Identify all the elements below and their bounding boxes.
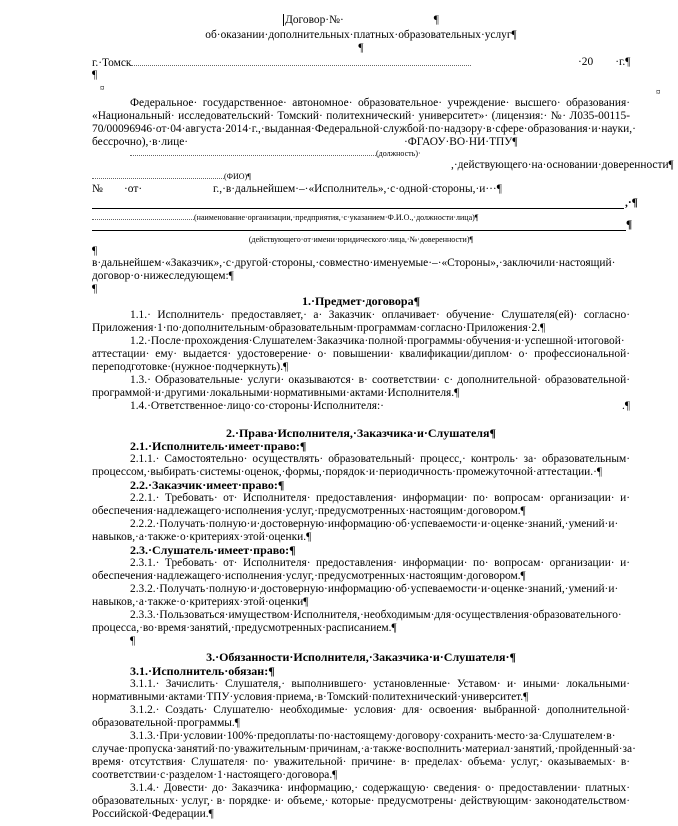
clause-1-1: 1.1.· Исполнитель· предоставляет,· а· За… [130, 309, 630, 322]
title-text: Договор·№· [285, 14, 344, 26]
clause-1-2: 1.2.·После·прохождения·Слушателем·Заказч… [130, 335, 630, 348]
acting-caption: (действующего·от·имени·юридического·лица… [92, 233, 630, 246]
org-name-underline[interactable] [92, 208, 624, 209]
clause-3-1-3-cont: соответствии·с·разделом·1·настоящего·дог… [92, 769, 337, 782]
tab-leader-dots [92, 213, 194, 220]
subheading-2-3: 2.3.·Слушатель·имеет·право:¶ [130, 544, 296, 557]
org-caption-text: (наименование·организации,·предприятия,·… [194, 213, 478, 222]
clause-3-1-4-cont: Российской·Федерации.¶ [92, 808, 214, 821]
clause-3-1-3: 3.1.3.·При·условии·100%·предоплаты·по·на… [130, 730, 630, 743]
acting-line-end: ¶ [626, 219, 632, 232]
power-of-attorney-no: № [92, 183, 103, 196]
clause-2-3-1: 2.3.1.· Требовать· от· Исполнителя· пред… [130, 557, 630, 570]
clause-3-1-4: 3.1.4.· Довести· до· Заказчика· информац… [130, 782, 630, 795]
subheading-2-1: 2.1.·Исполнитель·имеет·право:¶ [130, 440, 306, 453]
clause-3-1-1: 3.1.1.· Зачислить· Слушателя,· выполнивш… [130, 678, 630, 691]
preamble-line-text: «Национальный· исследовательский· Томски… [92, 110, 630, 122]
clause-3-1-2: 3.1.2.· Создать· Слушателю· необходимые·… [130, 704, 630, 717]
clause-2-3-3-cont: процесса,·во·время·занятий,·предусмотрен… [92, 622, 397, 635]
clause-1-4: 1.4.·Ответственное·лицо·со·стороны·Испол… [130, 400, 384, 413]
preamble-line: 70/00096946·от·04·августа·2014·г.,·выдан… [92, 123, 630, 136]
clause-1-2-cont: переподготовке·(нужное·подчеркнуть).¶ [92, 361, 288, 374]
table-cell-marker-icon: ¤ [100, 82, 105, 95]
organization-abbr: ·ФГАОУ·ВО·НИ·ТПУ¶ [404, 136, 518, 149]
customer-line: договор·о·нижеследующем:¶ [92, 270, 234, 283]
tab-leader-dots [130, 148, 376, 156]
document-page[interactable]: Договор·№·¶ об·оказании·дополнительных·п… [0, 0, 678, 826]
section-3-heading: 3.·Обязанности·Исполнителя,·Заказчика·и·… [92, 651, 630, 664]
subheading-3-1: 3.1.·Исполнитель·обязан:¶ [130, 665, 275, 678]
from-label: ·от· [124, 183, 142, 196]
preamble-line: Федеральное· государственное· автономное… [130, 97, 630, 110]
org-caption: (наименование·организации,·предприятия,·… [92, 211, 478, 224]
clause-3-1-3-cont: время· отсутствия· Слушателя· по· уважит… [92, 756, 630, 769]
year-suffix: ·г.¶ [615, 56, 630, 68]
org-line-end: ,·¶ [625, 197, 638, 210]
clause-2-2-1-cont: обеспечения·надлежащего·исполнения·услуг… [92, 505, 526, 518]
empty-paragraph: ¶ [130, 635, 135, 648]
tab-leader-dots [131, 56, 471, 66]
clause-1-3: 1.3.· Образовательные· услуги· оказывают… [130, 374, 630, 387]
clause-3-1-4-cont: образовательных· услуг,· в· порядке· и· … [92, 795, 630, 808]
clause-2-3-2-cont: навыков,·а·также·о·критериях·этой·оценки… [92, 596, 308, 609]
executor-text: г.,·в·дальнейшем·–·«Исполнитель»,·с·одно… [213, 183, 502, 196]
clause-1-4-end: .¶ [622, 400, 630, 413]
clause-2-3-1-cont: обеспечения·надлежащего·исполнения·услуг… [92, 570, 526, 583]
paragraph-mark: ¶ [434, 14, 439, 26]
clause-2-2-1: 2.2.1.· Требовать· от· Исполнителя· пред… [130, 492, 630, 505]
table-row-marker-icon: ¤ [656, 86, 661, 99]
acting-basis-text: ,·действующего·на·основании·доверенности… [451, 159, 674, 172]
clause-2-3-2: 2.3.2.·Получать·полную·и·достоверную·инф… [130, 583, 630, 596]
clause-2-1-1: 2.1.1.· Самостоятельно· осуществлять· об… [130, 453, 630, 466]
preamble-line: «Национальный· исследовательский· Томски… [92, 110, 630, 123]
clause-3-1-1-cont: нормативными·актами·ТПУ·условия·приема,·… [92, 691, 528, 704]
year-text: ·20 [578, 56, 593, 68]
clause-1-1-cont: Приложения·1·по·дополнительным·образоват… [92, 322, 545, 335]
clause-1-3-cont: программой·и·другими·локальными·норматив… [92, 387, 459, 400]
clause-3-1-3-cont: случае·пропуска·занятий·по·уважительным·… [92, 743, 630, 756]
position-caption: (должность)· [376, 149, 421, 158]
position-field[interactable]: (должность)· [130, 147, 421, 160]
subheading-2-2: 2.2.·Заказчик·имеет·право:¶ [130, 479, 284, 492]
fio-caption: (ФИО)¶ [224, 172, 251, 181]
clause-1-2-cont: аттестации· ему· выдается· удостоверение… [92, 348, 630, 361]
section-1-heading: 1.·Предмет·договора¶ [92, 295, 630, 308]
city-text: г.·Томск [92, 57, 131, 69]
acting-underline[interactable] [92, 230, 626, 231]
clause-2-2-2: 2.2.2.·Получать·полную·и·достоверную·инф… [130, 518, 630, 531]
empty-paragraph: ¶ [92, 42, 630, 55]
tab-leader-dots [92, 171, 224, 179]
city-line: г.·Томск [92, 56, 471, 70]
empty-paragraph: ¶ [92, 69, 97, 82]
date-year: ·20·г.¶ [578, 56, 630, 69]
contract-title: Договор·№·¶ [92, 14, 630, 27]
clause-2-3-3: 2.3.3.·Пользоваться·имуществом·Исполните… [130, 609, 630, 622]
contract-subtitle: об·оказании·дополнительных·платных·образ… [92, 29, 630, 42]
clause-3-1-2-cont: образовательной·программы.¶ [92, 717, 240, 730]
customer-line: в·дальнейшем·«Заказчик»,·с·другой·сторон… [92, 257, 630, 270]
fio-field[interactable]: (ФИО)¶ [92, 170, 251, 183]
